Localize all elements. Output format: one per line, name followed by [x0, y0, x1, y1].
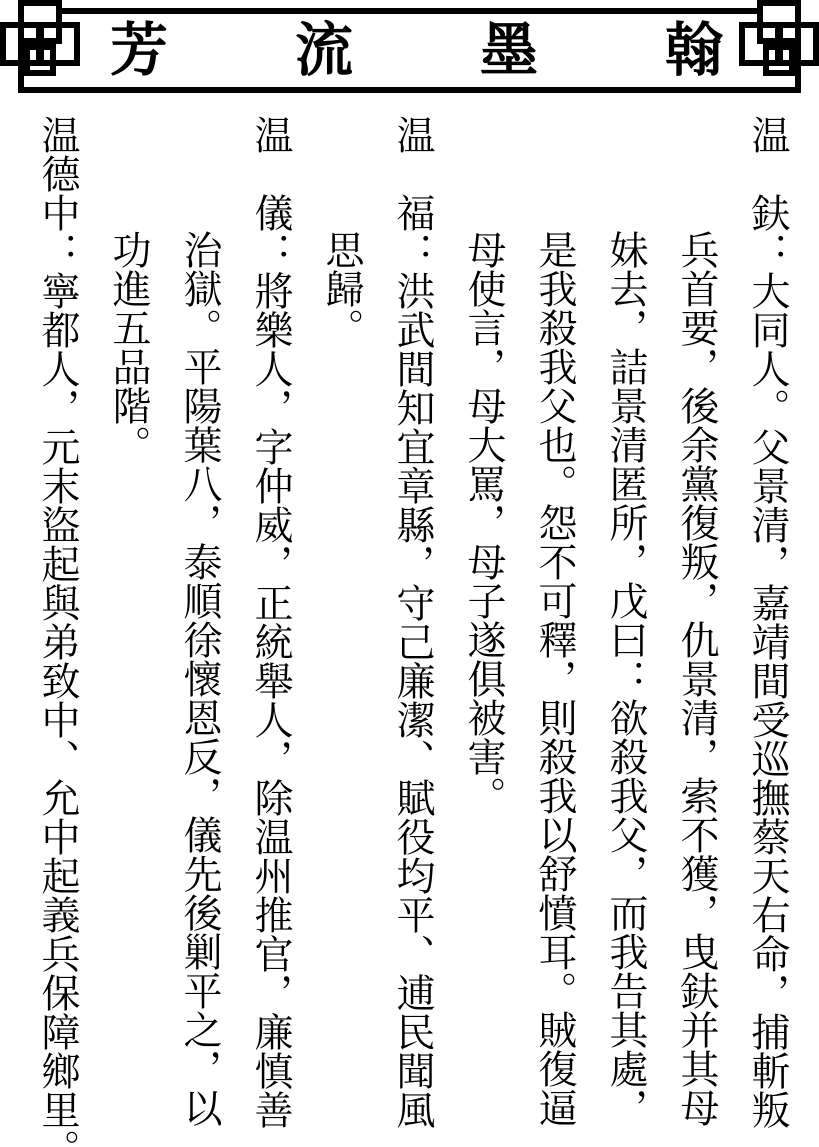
entry-4-wen-dezhong: 温德中：寧都人，元末盜起與弟致中、允中起義兵保障鄉里。 [22, 115, 93, 1147]
entry-column: 温德中：寧都人，元末盜起與弟致中、允中起義兵保障鄉里。 [22, 115, 93, 1147]
entry-column: 母使言，母大罵，母子遂俱被害。 [448, 115, 519, 1147]
entry-2-wen-fu: 温 福：洪武間知宜章縣，守己廉潔、賦役均平、逋民聞風 思歸。 [306, 115, 448, 1147]
entry-column: 妹去，詰景清匿所，戊曰：欲殺我父，而我告其處， [590, 115, 661, 1147]
entry-column: 温 儀：將樂人，字仲威，正統舉人，除温州推官，廉慎善 [235, 115, 306, 1147]
page: 芳 流 墨 翰 温 鈇：大同人。父景清，嘉靖間受巡撫蔡天右命，捕斬叛 兵首要，後… [0, 0, 819, 1147]
header-border-bottom [18, 87, 801, 93]
entry-column: 功進五品階。 [93, 115, 164, 1147]
entry-1-wen-fu: 温 鈇：大同人。父景清，嘉靖間受巡撫蔡天右命，捕斬叛 兵首要，後余黨復叛，仇景清… [448, 115, 803, 1147]
page-title: 芳 流 墨 翰 [24, 14, 795, 87]
title-char-1: 芳 [110, 22, 168, 80]
entry-column: 温 福：洪武間知宜章縣，守己廉潔、賦役均平、逋民聞風 [377, 115, 448, 1147]
entry-column: 是我殺我父也。怨不可釋，則殺我以舒憤耳。賊復逼 [519, 115, 590, 1147]
entry-column: 兵首要，後余黨復叛，仇景清，索不獲，曳鈇并其母 [661, 115, 732, 1147]
entry-3-wen-yi: 温 儀：將樂人，字仲威，正統舉人，除温州推官，廉慎善 治獄。平陽葉八，泰順徐懷恩… [93, 115, 306, 1147]
text-area: 温 鈇：大同人。父景清，嘉靖間受巡撫蔡天右命，捕斬叛 兵首要，後余黨復叛，仇景清… [22, 115, 803, 1147]
entry-column: 治獄。平陽葉八，泰順徐懷恩反，儀先後剿平之，以 [164, 115, 235, 1147]
title-char-2: 流 [295, 22, 353, 80]
entry-column: 温 鈇：大同人。父景清，嘉靖間受巡撫蔡天右命，捕斬叛 [732, 115, 803, 1147]
title-char-3: 墨 [480, 22, 538, 80]
title-char-4: 翰 [665, 22, 723, 80]
header-banner: 芳 流 墨 翰 [0, 0, 819, 100]
entry-column: 思歸。 [306, 115, 377, 1147]
